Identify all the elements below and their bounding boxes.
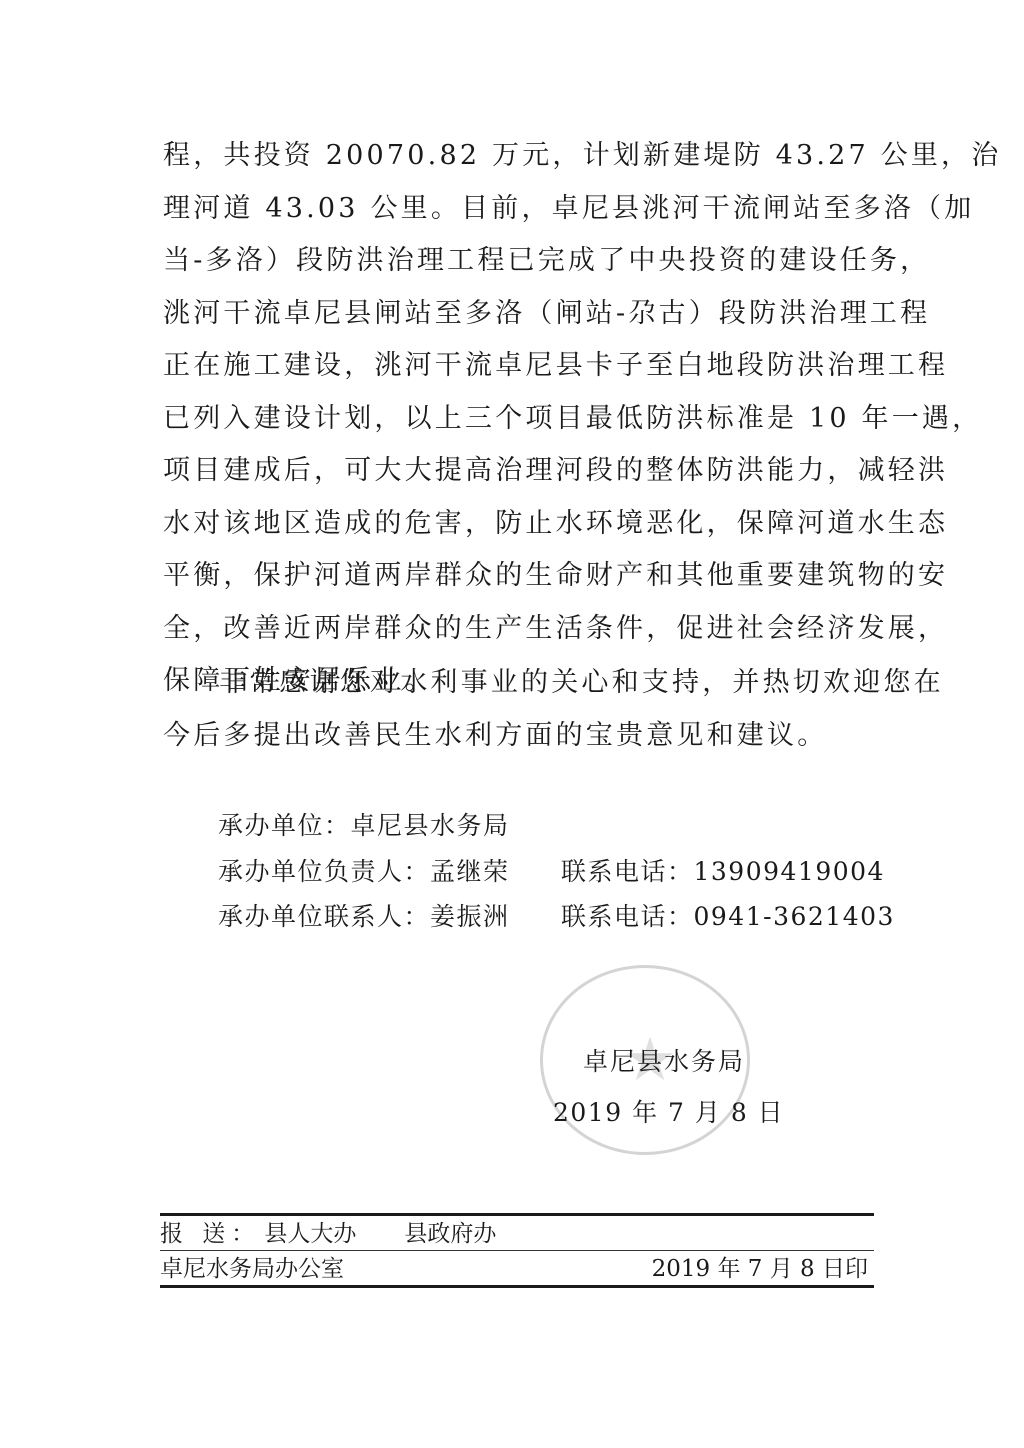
person-in-charge: 承办单位负责人：孟继荣 bbox=[218, 857, 510, 886]
signature-date: 2019 年 7 月 8 日 bbox=[553, 1093, 784, 1129]
document-page: 程，共投资 20070.82 万元，计划新建堤防 43.27 公里，治 理河道 … bbox=[0, 0, 1024, 1448]
closing-line: 今后多提出改善民生水利方面的宝贵意见和建议。 bbox=[163, 710, 873, 763]
body-line: 理河道 43.03 公里。目前，卓尼县洮河干流闸站至多洛（加 bbox=[163, 183, 873, 236]
copy-to-label: 报 送： bbox=[160, 1221, 260, 1247]
body-line: 当-多洛）段防洪治理工程已完成了中央投资的建设任务， bbox=[163, 235, 873, 288]
issuer: 卓尼水务局办公室 bbox=[160, 1256, 344, 1282]
contact-block: 承办单位：卓尼县水务局 承办单位负责人：孟继荣 联系电话：13909419004… bbox=[218, 803, 878, 940]
person-in-charge-line: 承办单位负责人：孟继荣 联系电话：13909419004 bbox=[218, 849, 878, 895]
document-footer: 报 送：县人大办县政府办 卓尼水务局办公室 2019 年 7 月 8 日印 bbox=[160, 1213, 874, 1288]
contact-person-line: 承办单位联系人：姜振洲 联系电话：0941-3621403 bbox=[218, 894, 878, 940]
contact-person-phone: 联系电话：0941-3621403 bbox=[561, 894, 895, 940]
copy-to-recipient: 县政府办 bbox=[404, 1221, 496, 1247]
body-line: 程，共投资 20070.82 万元，计划新建堤防 43.27 公里，治 bbox=[163, 130, 873, 183]
body-line: 水对该地区造成的危害，防止水环境恶化，保障河道水生态 bbox=[163, 498, 873, 551]
body-line: 洮河干流卓尼县闸站至多洛（闸站-尕古）段防洪治理工程 bbox=[163, 288, 873, 341]
body-line: 全，改善近两岸群众的生产生活条件，促进社会经济发展， bbox=[163, 603, 873, 656]
closing-line: 非常感谢您对水利事业的关心和支持，并热切欢迎您在 bbox=[163, 657, 873, 710]
signature-organization: 卓尼县水务局 bbox=[583, 1042, 745, 1078]
body-line: 平衡，保护河道两岸群众的生命财产和其他重要建筑物的安 bbox=[163, 550, 873, 603]
person-in-charge-phone: 联系电话：13909419004 bbox=[561, 849, 885, 895]
print-date: 2019 年 7 月 8 日印 bbox=[652, 1251, 868, 1287]
copy-to-recipient: 县人大办 bbox=[264, 1221, 356, 1247]
issuer-row: 卓尼水务局办公室 2019 年 7 月 8 日印 bbox=[160, 1251, 874, 1285]
reply-body: 程，共投资 20070.82 万元，计划新建堤防 43.27 公里，治 理河道 … bbox=[163, 130, 873, 708]
handling-unit-line: 承办单位：卓尼县水务局 bbox=[218, 803, 878, 849]
body-line: 正在施工建设，洮河干流卓尼县卡子至白地段防洪治理工程 bbox=[163, 340, 873, 393]
closing-paragraph: 非常感谢您对水利事业的关心和支持，并热切欢迎您在 今后多提出改善民生水利方面的宝… bbox=[163, 657, 873, 762]
handling-unit: 承办单位：卓尼县水务局 bbox=[218, 811, 510, 840]
contact-person: 承办单位联系人：姜振洲 bbox=[218, 902, 510, 931]
copy-to-row: 报 送：县人大办县政府办 bbox=[160, 1216, 874, 1250]
body-line: 已列入建设计划，以上三个项目最低防洪标准是 10 年一遇， bbox=[163, 393, 873, 446]
body-line: 项目建成后，可大大提高治理河段的整体防洪能力，减轻洪 bbox=[163, 445, 873, 498]
